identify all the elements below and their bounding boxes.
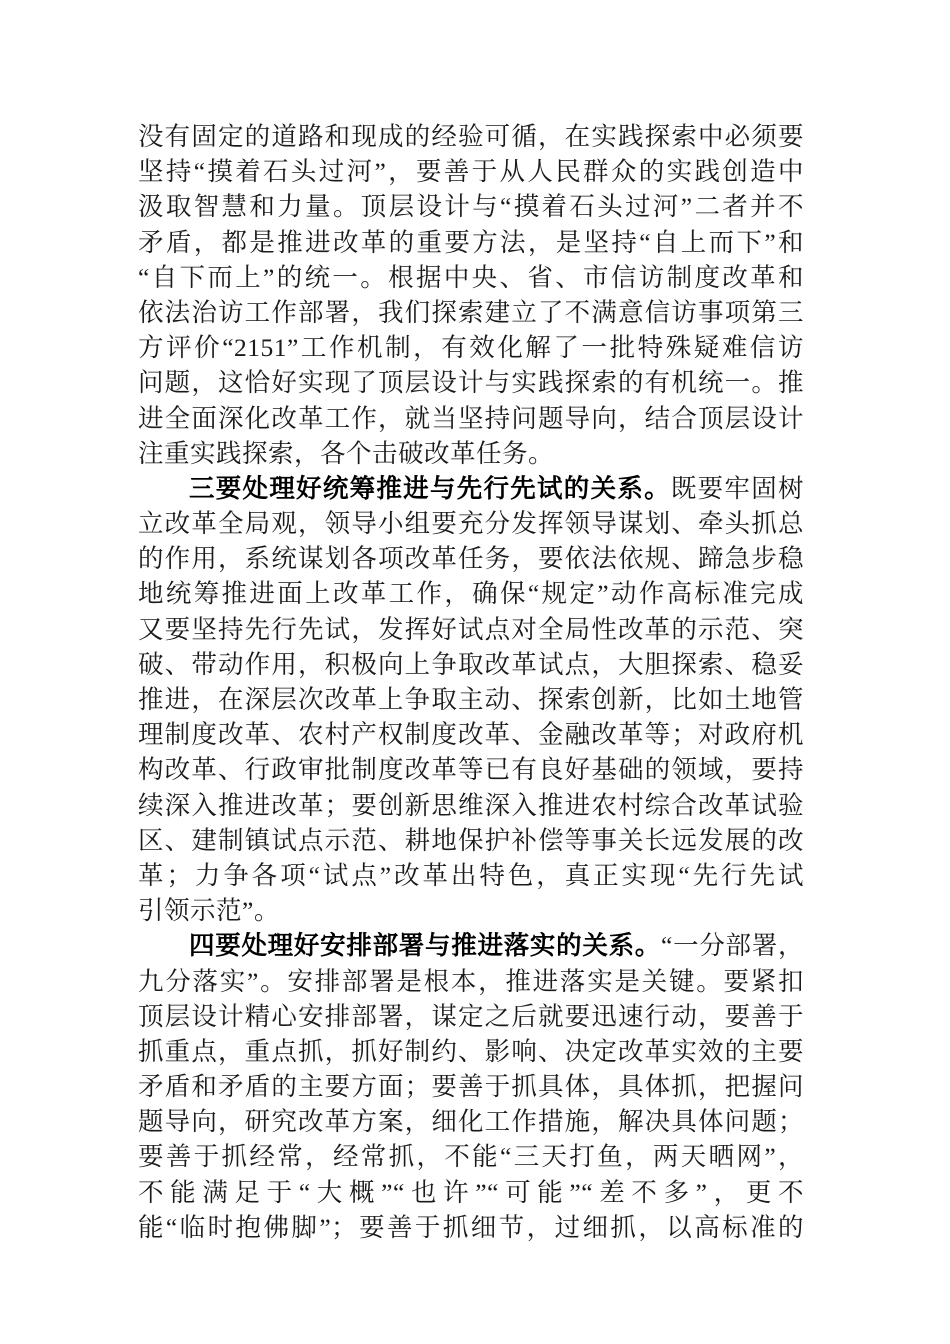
text-line: 注重实践探索，各个击破改革任务。 [138, 436, 804, 471]
text-line: 抓重点，重点抓，抓好制约、影响、决定改革实效的主要 [138, 1034, 804, 1069]
body-text: 引领示范”。 [138, 896, 280, 925]
body-text: 依法治访工作部署，我们探索建立了不满意信访事项第三 [138, 298, 804, 327]
body-text: 的作用，系统谋划各项改革任务，要依法依规、蹄急步稳 [138, 544, 804, 573]
bold-heading-text: 四要处理好安排部署与推进落实的关系。 [189, 932, 661, 960]
body-text: 要善于抓经常，经常抓，不能“三天打鱼，两天晒网”， [138, 1142, 804, 1171]
text-line: 理制度改革、农村产权制度改革、金融改革等；对政府机 [138, 717, 804, 752]
text-line: 问题，这恰好实现了顶层设计与实践探索的有机统一。推 [138, 365, 804, 400]
text-line: 引领示范”。 [138, 893, 804, 928]
body-text: 题导向，研究改革方案，细化工作措施，解决具体问题； [138, 1107, 804, 1136]
text-line: 顶层设计精心安排部署，谋定之后就要迅速行动，要善于 [138, 999, 804, 1034]
text-line: 矛盾和矛盾的主要方面；要善于抓具体，具体抓，把握问 [138, 1069, 804, 1104]
text-block: 没有固定的道路和现成的经验可循，在实践探索中必须要坚持“摸着石头过河”，要善于从… [138, 119, 804, 1245]
body-text: 抓重点，重点抓，抓好制约、影响、决定改革实效的主要 [138, 1037, 804, 1066]
body-text: 九分落实”。安排部署是根本，推进落实是关键。要紧扣 [138, 967, 804, 996]
body-text: 又要坚持先行先试，发挥好试点对全局性改革的示范、突 [138, 615, 804, 644]
text-line: 破、带动作用，积极向上争取改革试点，大胆探索、稳妥 [138, 647, 804, 682]
body-text: 理制度改革、农村产权制度改革、金融改革等；对政府机 [138, 720, 804, 749]
text-line: 题导向，研究改革方案，细化工作措施，解决具体问题； [138, 1104, 804, 1139]
bold-heading-text: 三要处理好统筹推进与先行先试的关系。 [189, 475, 671, 503]
document-page: 没有固定的道路和现成的经验可循，在实践探索中必须要坚持“摸着石头过河”，要善于从… [0, 0, 950, 1344]
text-line: 九分落实”。安排部署是根本，推进落实是关键。要紧扣 [138, 964, 804, 999]
body-text: 地统筹推进面上改革工作，确保“规定”动作高标准完成 [138, 579, 804, 608]
body-text: “一分部署， [661, 931, 804, 960]
body-text: 坚持“摸着石头过河”，要善于从人民群众的实践创造中 [138, 157, 804, 186]
body-text: 进全面深化改革工作，就当坚持问题导向，结合顶层设计 [138, 404, 804, 433]
body-text: 续深入推进改革；要创新思维深入推进农村综合改革试验 [138, 791, 804, 820]
text-line: 推进，在深层次改革上争取主动、探索创新，比如土地管 [138, 682, 804, 717]
text-line: 区、建制镇试点示范、耕地保护补偿等事关长远发展的改 [138, 823, 804, 858]
text-line: 要善于抓经常，经常抓，不能“三天打鱼，两天晒网”， [138, 1139, 804, 1174]
text-line: 构改革、行政审批制度改革等已有良好基础的领域，要持 [138, 752, 804, 787]
body-text: 矛盾和矛盾的主要方面；要善于抓具体，具体抓，把握问 [138, 1072, 804, 1101]
body-text: 立改革全局观，领导小组要充分发挥领导谋划、牵头抓总 [138, 509, 804, 538]
text-line: 立改革全局观，领导小组要充分发挥领导谋划、牵头抓总 [138, 506, 804, 541]
body-text: 矛盾，都是推进改革的重要方法，是坚持“自上而下”和 [138, 228, 804, 257]
body-text: 革；力争各项“试点”改革出特色，真正实现“先行先试 [138, 861, 804, 890]
text-line: 依法治访工作部署，我们探索建立了不满意信访事项第三 [138, 295, 804, 330]
text-line: 又要坚持先行先试，发挥好试点对全局性改革的示范、突 [138, 612, 804, 647]
body-text: 汲取智慧和力量。顶层设计与“摸着石头过河”二者并不 [138, 192, 804, 221]
body-text: 没有固定的道路和现成的经验可循，在实践探索中必须要 [138, 122, 804, 151]
text-line: 四要处理好安排部署与推进落实的关系。“一分部署， [138, 928, 804, 963]
body-text: 构改革、行政审批制度改革等已有良好基础的领域，要持 [138, 755, 804, 784]
text-line: 方评价“2151”工作机制，有效化解了一批特殊疑难信访 [138, 330, 804, 365]
body-text: 问题，这恰好实现了顶层设计与实践探索的有机统一。推 [138, 368, 804, 397]
body-text: 区、建制镇试点示范、耕地保护补偿等事关长远发展的改 [138, 826, 804, 855]
text-line: 能“临时抱佛脚”；要善于抓细节，过细抓，以高标准的 [138, 1210, 804, 1245]
text-line: 矛盾，都是推进改革的重要方法，是坚持“自上而下”和 [138, 225, 804, 260]
text-line: 续深入推进改革；要创新思维深入推进农村综合改革试验 [138, 788, 804, 823]
body-text: 顶层设计精心安排部署，谋定之后就要迅速行动，要善于 [138, 1002, 804, 1031]
text-line: “自下而上”的统一。根据中央、省、市信访制度改革和 [138, 260, 804, 295]
body-text: 方评价“2151”工作机制，有效化解了一批特殊疑难信访 [138, 333, 804, 362]
text-line: 革；力争各项“试点”改革出特色，真正实现“先行先试 [138, 858, 804, 893]
text-line: 三要处理好统筹推进与先行先试的关系。既要牢固树 [138, 471, 804, 506]
text-line: 汲取智慧和力量。顶层设计与“摸着石头过河”二者并不 [138, 189, 804, 224]
body-text: 注重实践探索，各个击破改革任务。 [138, 439, 554, 468]
body-text: 能“临时抱佛脚”；要善于抓细节，过细抓，以高标准的 [138, 1213, 804, 1242]
body-text: 既要牢固树 [671, 474, 804, 503]
body-text: 推进，在深层次改革上争取主动、探索创新，比如土地管 [138, 685, 804, 714]
body-text: 破、带动作用，积极向上争取改革试点，大胆探索、稳妥 [138, 650, 804, 679]
body-text: “自下而上”的统一。根据中央、省、市信访制度改革和 [138, 263, 804, 292]
text-line: 地统筹推进面上改革工作，确保“规定”动作高标准完成 [138, 576, 804, 611]
body-text: 不能满足于“大概”“也许”“可能”“差不多”，更不 [138, 1178, 804, 1207]
text-line: 的作用，系统谋划各项改革任务，要依法依规、蹄急步稳 [138, 541, 804, 576]
text-line: 进全面深化改革工作，就当坚持问题导向，结合顶层设计 [138, 401, 804, 436]
text-line: 没有固定的道路和现成的经验可循，在实践探索中必须要 [138, 119, 804, 154]
text-line: 不能满足于“大概”“也许”“可能”“差不多”，更不 [138, 1175, 804, 1210]
text-line: 坚持“摸着石头过河”，要善于从人民群众的实践创造中 [138, 154, 804, 189]
